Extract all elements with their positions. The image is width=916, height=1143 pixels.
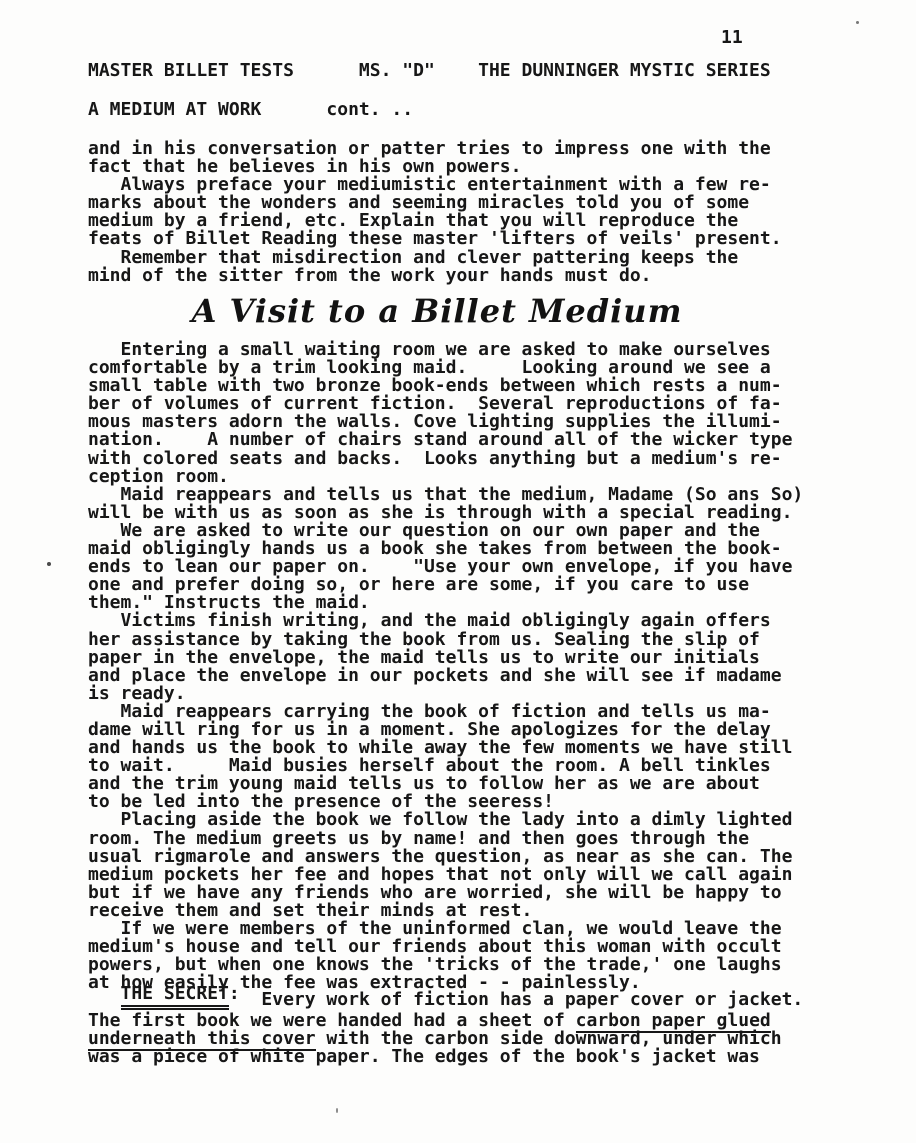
section-title-handwritten: A Visit to a Billet Medium bbox=[88, 291, 828, 331]
scan-speck bbox=[47, 562, 51, 566]
secret-segment bbox=[88, 983, 121, 1004]
header-line-chapter-cont: A MEDIUM AT WORK cont. .. bbox=[88, 101, 413, 119]
secret-line: was a piece of white paper. The edges of… bbox=[88, 1048, 803, 1066]
secret-paragraph: THE SECRET: Every work of fiction has a … bbox=[88, 985, 803, 1066]
header-line-series: MASTER BILLET TESTS MS. "D" THE DUNNINGE… bbox=[88, 62, 771, 80]
secret-segment: THE SECRET bbox=[121, 983, 229, 1010]
scan-speck bbox=[336, 1108, 338, 1113]
intro-paragraphs: and in his conversation or patter tries … bbox=[88, 140, 782, 285]
story-paragraphs: Entering a small waiting room we are ask… bbox=[88, 341, 803, 992]
secret-segment: : bbox=[229, 983, 240, 1004]
scan-speck bbox=[856, 21, 859, 24]
secret-segment: was a piece of white paper. The edges of… bbox=[88, 1046, 760, 1067]
page-number: 11 bbox=[721, 29, 743, 47]
secret-line: THE SECRET: Every work of fiction has a … bbox=[88, 985, 803, 1003]
secret-segment: Every work of fiction has a paper cover … bbox=[240, 991, 804, 1009]
scanned-typewritten-page: 11 MASTER BILLET TESTS MS. "D" THE DUNNI… bbox=[0, 0, 916, 1143]
